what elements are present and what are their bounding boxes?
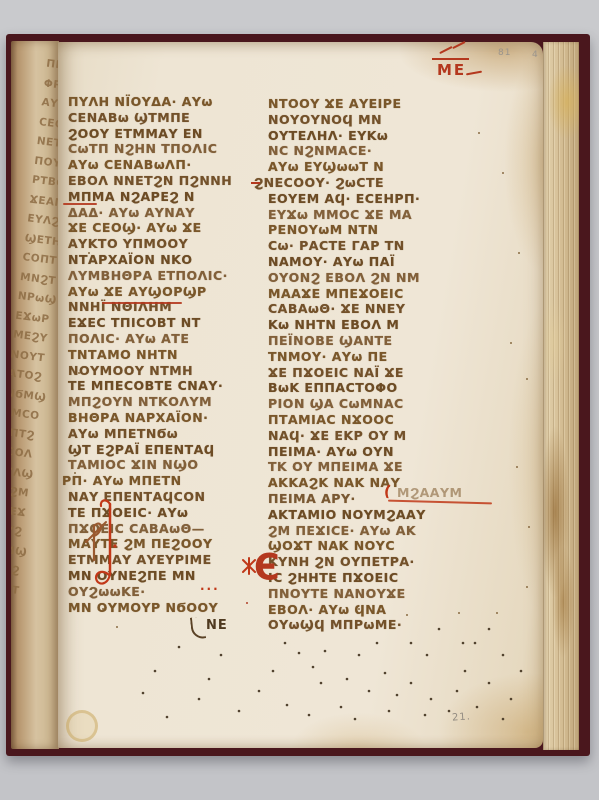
manuscript-text-line: ΜΑΑϪΕ ΜΠΕϪΟΕΙϹ <box>268 286 486 302</box>
facing-text-line: ϹΕϨΜ <box>11 480 35 504</box>
red-asterisk-mark <box>239 556 259 580</box>
facing-text-line: ΝΡΜϢ <box>11 538 28 562</box>
rubric-paragraph-dash <box>251 182 260 184</box>
manuscript-text-line: ϹωΤΠ ΝϨΗΝ ΤΠΟΛΙϹ <box>68 141 268 157</box>
manuscript-text-line: ΝΑϤ· ϪΕ ΕΚΡ ΟΥ Μ <box>268 428 486 444</box>
manuscript-text-line: ΒΗΘΡΑ ΝΑΡΧΑΪΟΝ· <box>68 410 268 426</box>
manuscript-text-line: ϢΤ ΕϨΡΑΪ ΕΠΕΝΤΑϤ <box>68 442 268 458</box>
folio-slash-mark <box>439 46 453 54</box>
foxing-specks-light <box>58 42 60 44</box>
manuscript-text-line: ΛΥΜΒΗΘΡΑ ΕΤΠΟΛΙϹ· <box>68 268 268 284</box>
manuscript-text-line: ϪΕ ϹΕΟϢ· ΑΥω ϪΕ <box>68 220 268 236</box>
manuscript-text-line: ΟΥΟΝϨ ΕΒΟΛ ϨΝ ΝΜ <box>268 270 486 286</box>
manuscript-text-line: ΤΚ ΟΥ ΜΠΕΙΜΑ ϪΕ <box>268 459 486 475</box>
rubric-underline <box>102 302 182 304</box>
manuscript-text-line: ΤΝΤΑΜΟ ΝΗΤΝ <box>68 347 268 363</box>
manuscript-text-line: Κω ΝΗΤΝ ΕΒΟΛ Μ <box>268 317 486 333</box>
manuscript-text-line: ΕΒΟΛ· ΑΥω ϤΝΑ <box>268 602 486 618</box>
manuscript-text-line: ΡΙΟΝ ϢΑ ϹωΜΝΑϹ <box>268 396 486 412</box>
manuscript-text-line: ΜΠΜΑ ΝϨΑΡΕϨ Ν <box>68 189 268 205</box>
manuscript-text-line: ΝΤΑΡΧΑΪΟΝ ΝΚΟ <box>68 252 268 268</box>
manuscript-text-line: ΝΟΥΜΟΟΥ ΝΤΜΗ <box>68 363 268 379</box>
manuscript-text-line: ΑΥω ΜΠΕΤΝϬω <box>68 426 268 442</box>
facing-text-line: ΚΥΛϢ <box>11 461 38 485</box>
stain-ring <box>66 710 98 742</box>
manuscript-text-line: ΝΤΟΟΥ ϪΕ ΑΥΕΙΡΕ <box>268 96 486 112</box>
manuscript-text-line: ΙϹ ϨΗΗΤΕ ΠϪΟΕΙϹ <box>268 570 486 586</box>
facing-text-line: ΛΟΕϪ <box>11 500 33 524</box>
manuscript-text-line: ΚΥΝΗ ϨΝ ΟΥΠΕΤΡΑ· <box>268 554 486 570</box>
manuscript-text-line: ΤΝΜΟΥ· ΑΥω ΠΕ <box>268 349 486 365</box>
manuscript-text-line: ϨΜ ΠΕϪΙϹΕ· ΑΥω ΑΚ <box>268 523 486 539</box>
marginal-siglum-marks <box>80 494 120 606</box>
manuscript-text-line: ΕΒΟΛ ΝΝΕΤϨΝ ΠϨΝΝΗ <box>68 173 268 189</box>
manuscript-text-line: ΝϹ ΝϨΝΜΑϹΕ· <box>268 143 486 159</box>
manuscript-text-line: ΠΟΛΙϹ· ΑΥω ΑΤΕ <box>68 331 268 347</box>
manuscript-text-line: ΝΑΜΟΥ· ΑΥω ΠΑΪ <box>268 254 486 270</box>
manuscript-text-line: ϨΝΕϹΟΟΥ· ϨωϹΤΕ <box>254 175 486 191</box>
manuscript-text-line: ΠΝΟΥΤΕ ΝΑΝΟΥϪΕ <box>268 586 486 602</box>
page-stack-fore-edge <box>543 42 579 750</box>
facing-text-line: ΝΕΥϨ <box>11 519 31 543</box>
manuscript-text-line: ΒωΚ ΕΠΠΑϹΤΟΦΟ <box>268 380 486 396</box>
manuscript-text-line: ΔΑΔ· ΑΥω ΑΥΝΑΥ <box>68 205 268 221</box>
manuscript-text-line: ΡΕΝΟΥωΜ ΝΤΝ <box>268 222 486 238</box>
manuscript-text-line: ΑΥΚΤΟ ΥΠΜΟΟΥ <box>68 236 268 252</box>
manuscript-text-line: ΠΥΛΗ ΝΪΟΥΔΑ· ΑΥω <box>68 94 268 110</box>
photo-background: { "manuscript": { "folio_number": "ΜΕ", … <box>0 0 599 800</box>
manuscript-text-line: ΜΠϨΟΥΝ ΝΤΚΟΛΥΜ <box>68 394 268 410</box>
manuscript-text-line: ϪΕ ΠϪΟΕΙϹ ΝΑΪ ϪΕ <box>268 365 486 381</box>
manuscript-text-line: ΠΕΪΝΟΒΕ ϢΑΝΤΕ <box>268 333 486 349</box>
manuscript-text-line: ΠΕΙΜΑ· ΑΥω ΟΥΝ <box>268 444 486 460</box>
folio-slash-mark <box>452 41 466 49</box>
manuscript-text-line: ΑΥω ΕΥϢωωΤ Ν <box>268 159 486 175</box>
manuscript-text-line: ϨΟΟΥ ΕΤΜΜΑΥ ΕΝ <box>68 126 268 142</box>
text-column-right: ΝΤΟΟΥ ϪΕ ΑΥΕΙΡΕΝΟΥΟΥΝΟϤ ΜΝΟΥΤΕΛΗΛ· ΕΥΚωΝ… <box>268 96 486 633</box>
manuscript-text-line: ΝΟΥΟΥΝΟϤ ΜΝ <box>268 112 486 128</box>
manuscript-text-line: ΑΚΤΑΜΙΟ ΝΟΥΜϨΑΑΥ <box>268 507 486 523</box>
facing-page-text: ΠΠΕΦΡΧΟΑΥωΠϹΕΟΥΝΕΤΡΠΟΥϨΡΤΒΟϪΕΑΠΕΥΛϨϢΕΤΗϹ… <box>11 55 59 602</box>
manuscript-text-line: ΤΕ ΜΠΕϹΟΒΤΕ ϹΝΑΥ· <box>68 378 268 394</box>
pencil-mark-bottom: 21. <box>452 711 472 723</box>
manuscript-text-line: ΑΥω ϪΕ ΑΥϢΟΡϢΡ <box>68 284 268 300</box>
manuscript-page: ΜΕ 81 4 21. ΠΥΛΗ ΝΪΟΥΔΑ· ΑΥωϹΕΝΑΒω ϢΤΜΠΕ… <box>58 42 543 748</box>
manuscript-text-line: ΤΑΜΙΟϹ ϪΙΝ ΝϢΟ <box>68 457 268 473</box>
rubric-dots: ··· <box>200 582 220 596</box>
correction-faded-word: ΜϨΑΑΥΜ <box>397 485 462 500</box>
manuscript-text-line: ϹΑΒΑωΘ· ϪΕ ΝΝΕΥ <box>268 301 486 317</box>
catchword: ΝΕ <box>206 618 228 633</box>
facing-page-edge: ΠΠΕΦΡΧΟΑΥωΠϹΕΟΥΝΕΤΡΠΟΥϨΡΤΒΟϪΕΑΠΕΥΛϨϢΕΤΗϹ… <box>11 41 59 749</box>
rubric-underline <box>63 203 97 205</box>
manuscript-text-line: ΠΤΑΜΙΑϹ ΝϪΟΟϹ <box>268 412 486 428</box>
manuscript-text-line: ϢΟϪΤ ΝΑΚ ΝΟΥϹ <box>268 538 486 554</box>
pencil-mark-top-b: 4 <box>532 50 539 60</box>
manuscript-text-line: ΕΥϪω ΜΜΟϹ ϪΕ ΜΑ <box>268 207 486 223</box>
manuscript-text-line: ΕΟΥΕΜ ΑϤ· ΕϹΕΗΡΠ· <box>268 191 486 207</box>
folio-number: ΜΕ <box>432 58 469 79</box>
manuscript-text-line: ΑΥω ϹΕΝΑΒωΛΠ· <box>68 157 268 173</box>
manuscript-text-line: Ϲω· ΡΑϹΤΕ ΓΑΡ ΤΝ <box>268 238 486 254</box>
manuscript-text-line: ΟΥΤΕΛΗΛ· ΕΥΚω <box>268 128 486 144</box>
pencil-mark-top-a: 81 <box>498 48 511 58</box>
codex-binding: ΠΠΕΦΡΧΟΑΥωΠϹΕΟΥΝΕΤΡΠΟΥϨΡΤΒΟϪΕΑΠΕΥΛϨϢΕΤΗϹ… <box>6 34 590 756</box>
catchword-curve <box>190 616 206 639</box>
manuscript-text-line: ΟΥωϢϤ ΜΠΡωΜΕ· <box>268 617 486 633</box>
manuscript-text-line: ΕϪΕϹ ΤΠΙϹΟΒΤ ΝΤ <box>68 315 268 331</box>
manuscript-text-line: ΡΠ· ΑΥω ΜΠΕΤΝ <box>62 473 268 489</box>
manuscript-text-line: ϹΕΝΑΒω ϢΤΜΠΕ <box>68 110 268 126</box>
